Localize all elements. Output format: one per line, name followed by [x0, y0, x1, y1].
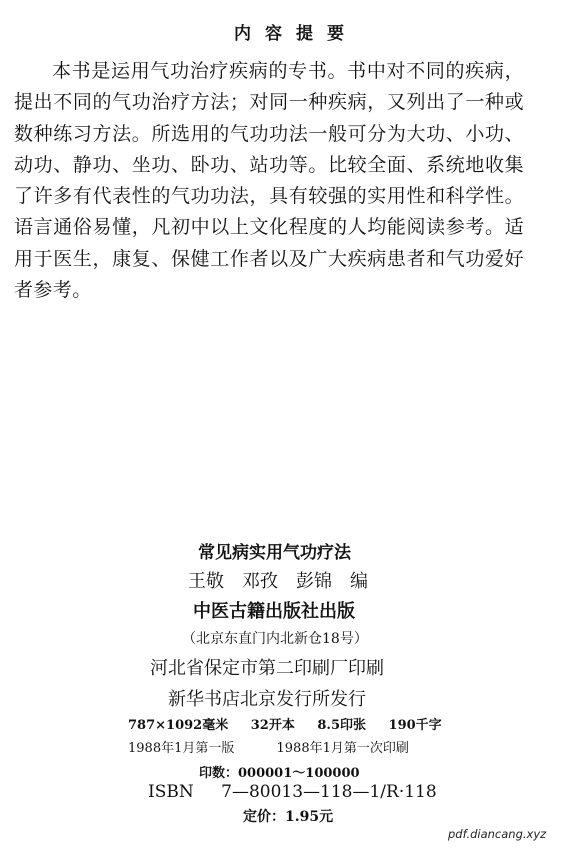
word-count: 190千字: [389, 718, 442, 733]
format: 32开本: [251, 718, 295, 733]
book-specs: 787×1092毫米 32开本 8.5印张 190千字: [128, 714, 460, 733]
first-printing: 1988年1月第一次印刷: [277, 741, 409, 756]
publisher-address: （北京东直门内北新仓18号）: [182, 628, 368, 648]
abstract-section: 本书是运用气功治疗疾病的专书。书中对不同的疾病，提出不同的气功治疗方法；对同一种…: [14, 56, 524, 306]
sheets: 8.5印张: [317, 718, 366, 733]
abstract-body: 本书是运用气功治疗疾病的专书。书中对不同的疾病，提出不同的气功治疗方法；对同一种…: [14, 56, 524, 306]
watermark: pdf.diancang.xyz: [448, 827, 546, 841]
isbn-label: ISBN: [148, 782, 194, 802]
distributor: 新华书店北京发行所发行: [168, 685, 366, 711]
edition-info: 1988年1月第一版 1988年1月第一次印刷: [128, 737, 409, 756]
book-title: 常见病实用气功疗法: [198, 538, 351, 563]
first-edition: 1988年1月第一版: [128, 741, 234, 756]
authors: 王敬 邓孜 彭锦 编: [188, 567, 368, 593]
isbn-number: 7—80013—118—1/R·118: [221, 782, 437, 802]
paper-size: 787×1092毫米: [128, 718, 228, 733]
printer: 河北省保定市第二印刷厂印刷: [150, 654, 384, 680]
publisher: 中医古籍出版社出版: [193, 597, 355, 623]
isbn: ISBN 7—80013—118—1/R·118: [148, 782, 437, 802]
price: 定价：1.95元: [243, 806, 333, 826]
abstract-title: 内容提要: [0, 19, 578, 44]
print-run: 印数：000001～100000: [199, 762, 360, 781]
